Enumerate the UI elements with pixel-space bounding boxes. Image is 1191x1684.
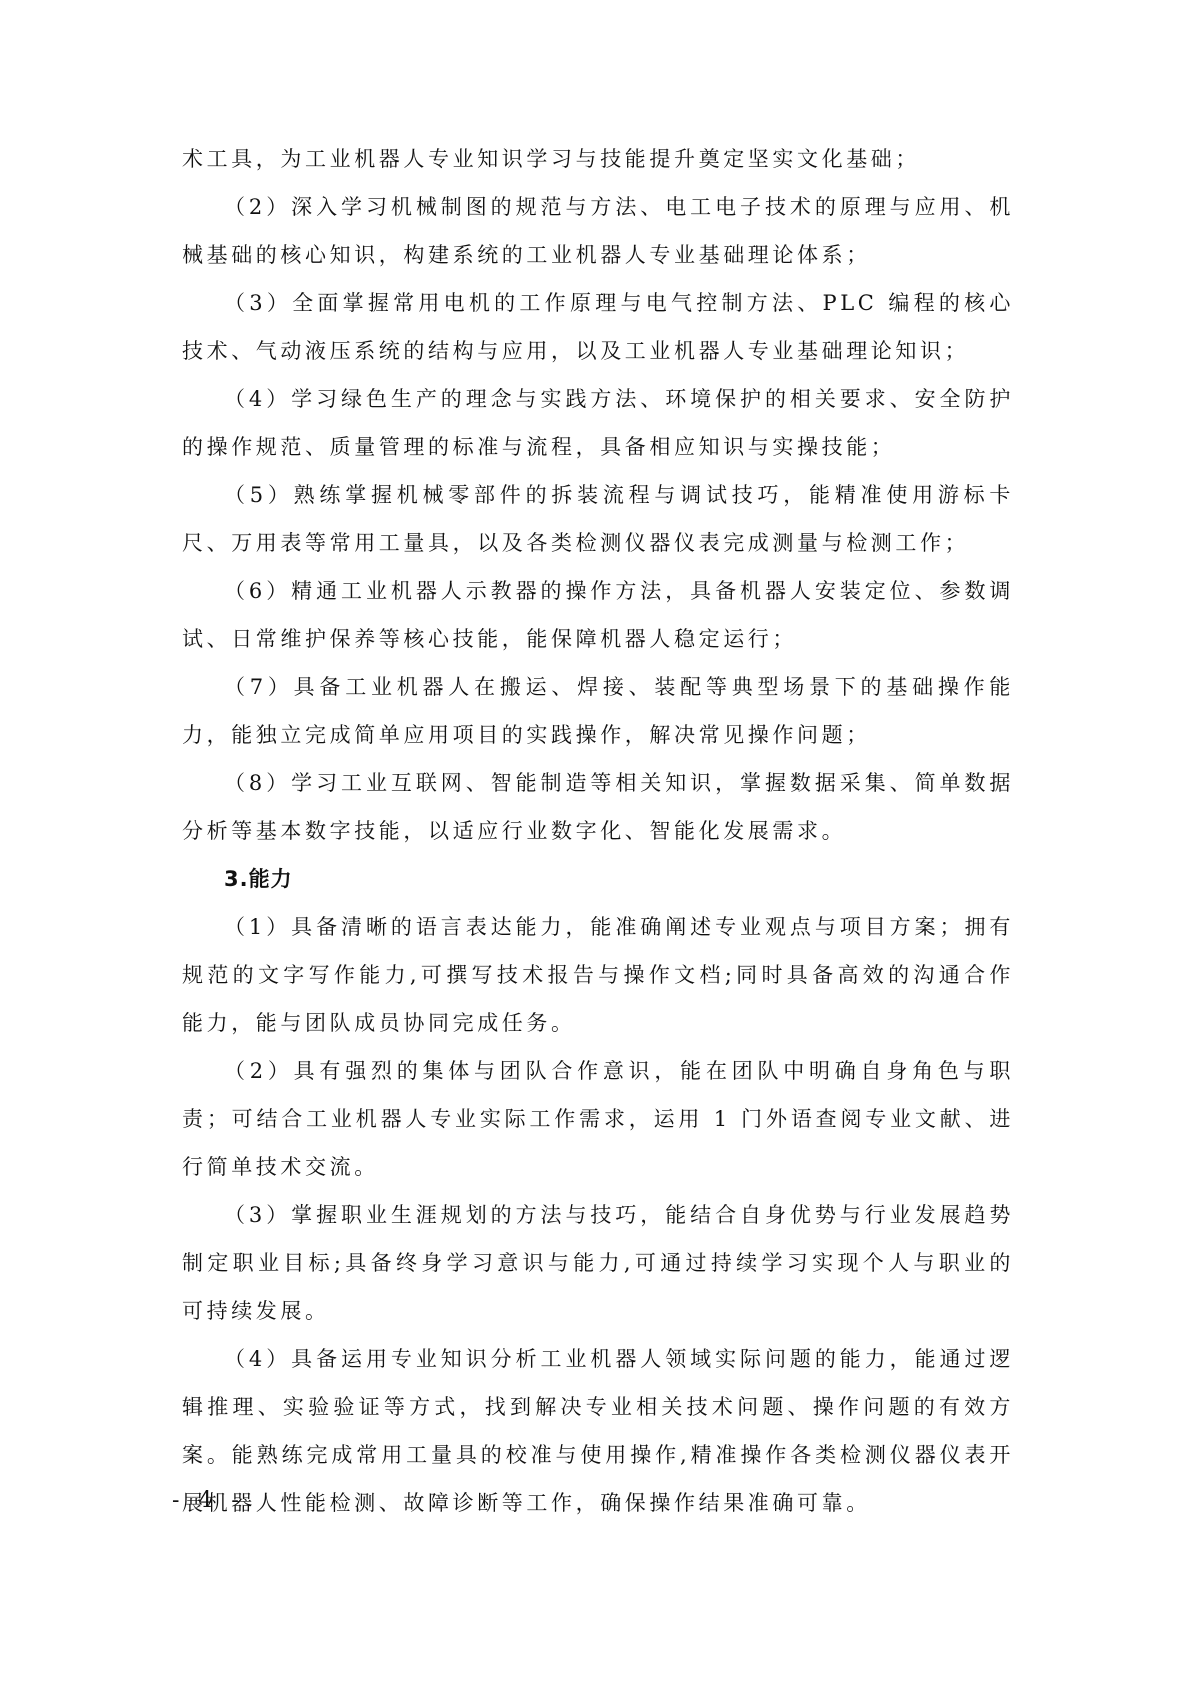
section-heading-ability: 3.能力 [182,855,1014,903]
paragraph-knowledge-5: （5）熟练掌握机械零部件的拆装流程与调试技巧，能精准使用游标卡尺、万用表等常用工… [182,471,1014,567]
paragraph-ability-4: （4）具备运用专业知识分析工业机器人领域实际问题的能力，能通过逻辑推理、实验验证… [182,1335,1014,1527]
paragraph-knowledge-1-continued: 术工具，为工业机器人专业知识学习与技能提升奠定坚实文化基础； [182,135,1014,183]
page-number: - 4 - [172,1488,245,1513]
document-page: 术工具，为工业机器人专业知识学习与技能提升奠定坚实文化基础； （2）深入学习机械… [0,0,1191,1684]
paragraph-knowledge-2: （2）深入学习机械制图的规范与方法、电工电子技术的原理与应用、机械基础的核心知识… [182,183,1014,279]
paragraph-ability-1: （1）具备清晰的语言表达能力，能准确阐述专业观点与项目方案；拥有规范的文字写作能… [182,903,1014,1047]
paragraph-ability-2: （2）具有强烈的集体与团队合作意识，能在团队中明确自身角色与职责；可结合工业机器… [182,1047,1014,1191]
page-body: 术工具，为工业机器人专业知识学习与技能提升奠定坚实文化基础； （2）深入学习机械… [182,135,1014,1527]
paragraph-knowledge-3: （3）全面掌握常用电机的工作原理与电气控制方法、PLC 编程的核心技术、气动液压… [182,279,1014,375]
paragraph-knowledge-6: （6）精通工业机器人示教器的操作方法，具备机器人安装定位、参数调试、日常维护保养… [182,567,1014,663]
paragraph-knowledge-4: （4）学习绿色生产的理念与实践方法、环境保护的相关要求、安全防护的操作规范、质量… [182,375,1014,471]
paragraph-ability-3: （3）掌握职业生涯规划的方法与技巧，能结合自身优势与行业发展趋势制定职业目标;具… [182,1191,1014,1335]
paragraph-knowledge-8: （8）学习工业互联网、智能制造等相关知识，掌握数据采集、简单数据分析等基本数字技… [182,759,1014,855]
paragraph-knowledge-7: （7）具备工业机器人在搬运、焊接、装配等典型场景下的基础操作能力，能独立完成简单… [182,663,1014,759]
